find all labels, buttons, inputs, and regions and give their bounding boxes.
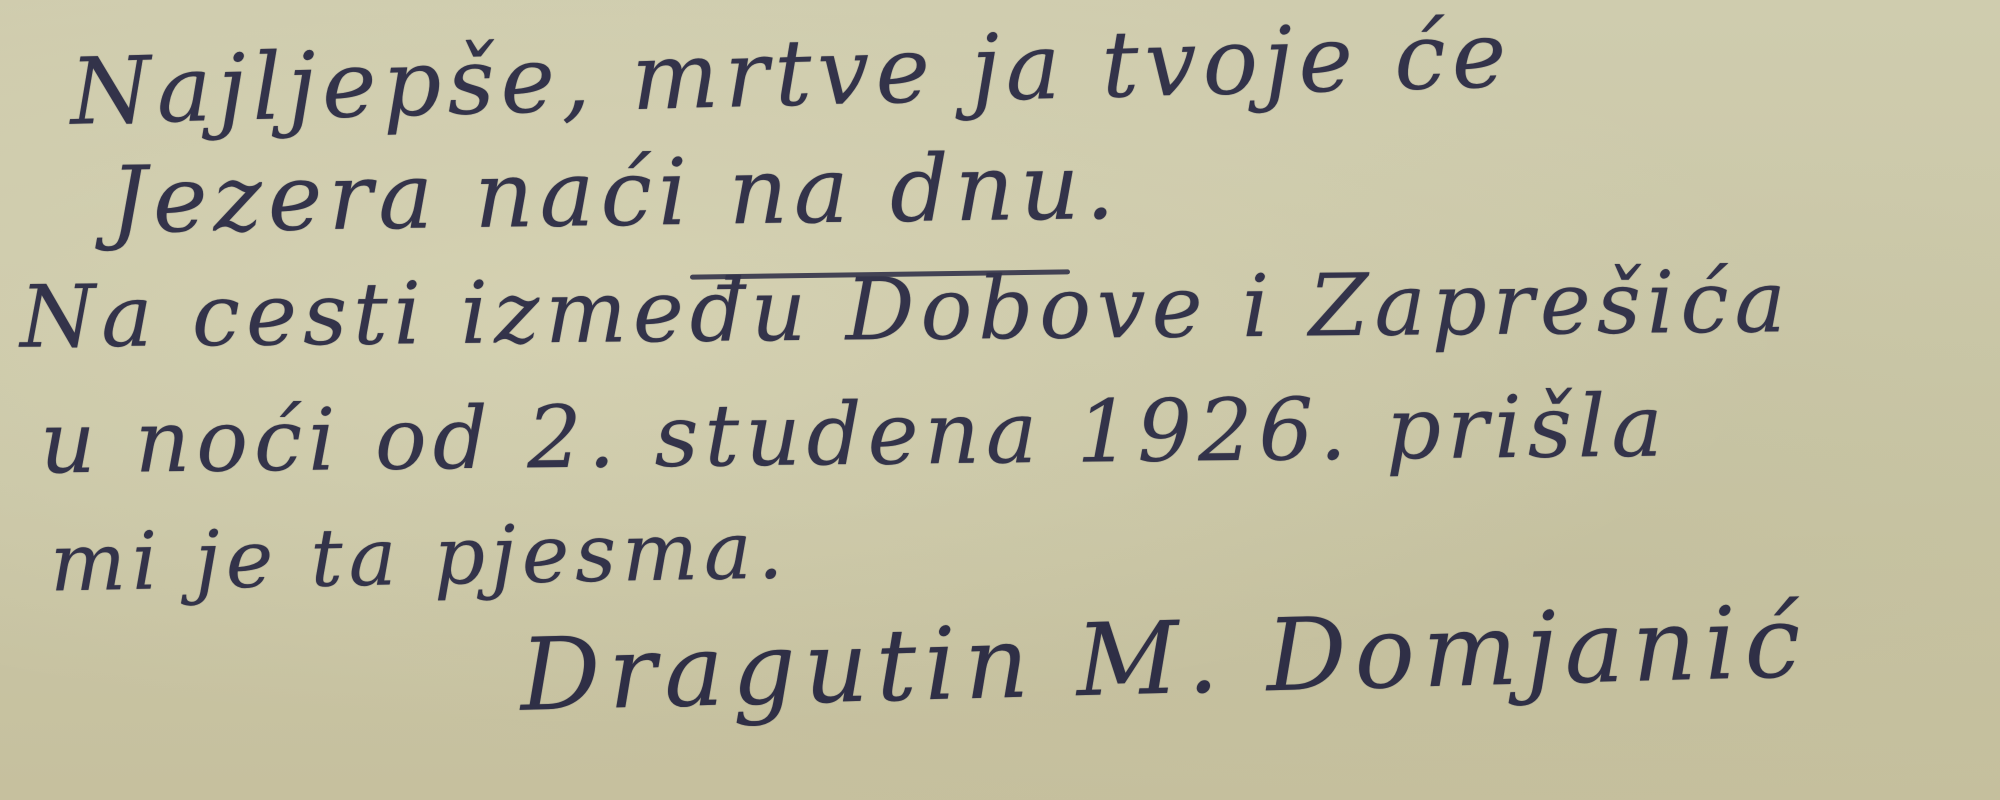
handwritten-line-2: Jezera naći na dnu. [109, 133, 1121, 254]
handwritten-line-4: u noći od 2. studena 1926. prišla [40, 376, 1670, 493]
handwritten-line-3: Na cesti između Dobove i Zaprešića [20, 252, 1793, 367]
handwritten-line-5: mi je ta pjesma. [49, 504, 790, 610]
